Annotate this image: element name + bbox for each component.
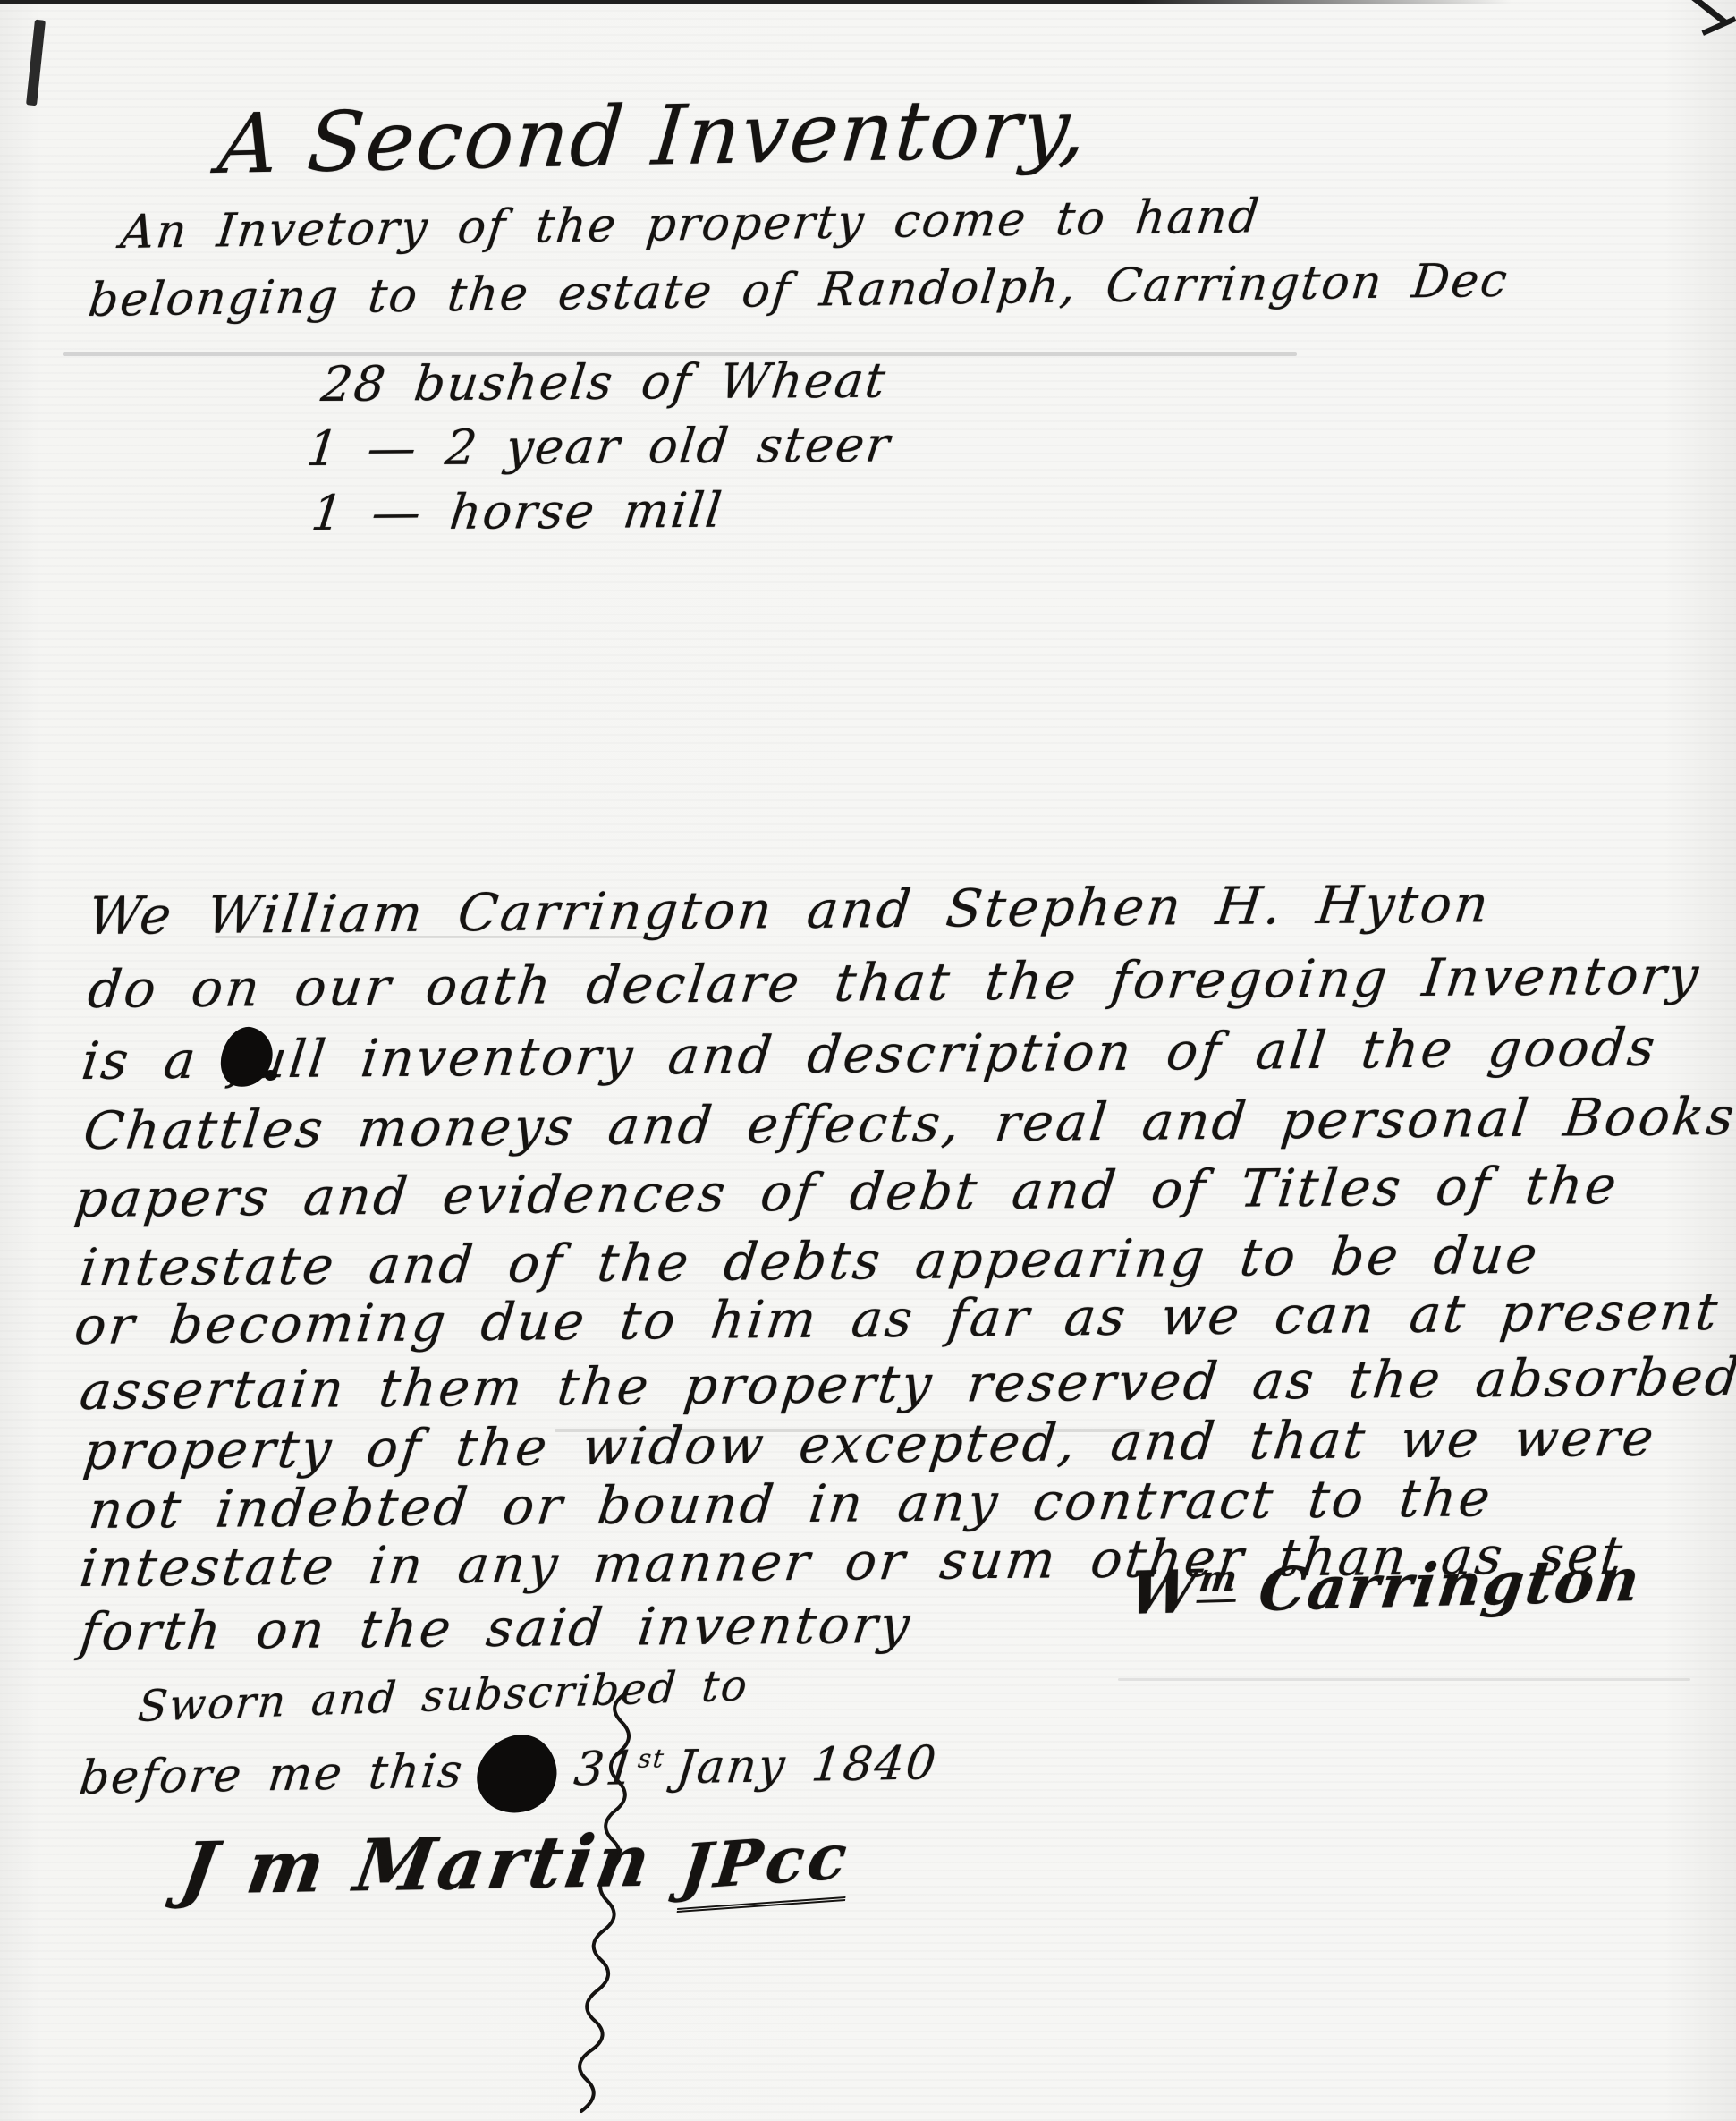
witness-signature-initial: W xyxy=(1125,1557,1202,1628)
page-title: A Second Inventory, xyxy=(215,80,1092,192)
affidavit-line: We William Carrington and Stephen H. Hyt… xyxy=(85,873,1494,946)
attestation-line-2: before me this31st Jany 1840 xyxy=(77,1727,941,1805)
notary-signature: J m MartinJPcc xyxy=(174,1815,857,1917)
affidavit-line: Chattles moneys and effects, real and pe… xyxy=(80,1086,1736,1161)
affidavit-line: is a full inventory and description of a… xyxy=(79,1017,1661,1091)
inventory-intro-line-2: belonging to the estate of Randolph, Car… xyxy=(86,254,1512,327)
scanned-document-page: A Second Inventory, An Invetory of the p… xyxy=(0,0,1736,2121)
inventory-item: 1 — horse mill xyxy=(309,482,726,541)
pen-flourish-line xyxy=(572,1693,653,2121)
attestation-line-2-prefix: before me this xyxy=(77,1744,466,1805)
witness-signature: Wm Carrington xyxy=(1125,1545,1646,1628)
scan-left-edge-mark xyxy=(26,20,46,106)
witness-signature-superscript: m xyxy=(1197,1558,1241,1603)
attestation-line-1: Sworn and subscribed to xyxy=(136,1660,750,1732)
ink-blot-on-date xyxy=(472,1726,562,1822)
inventory-intro-line-1: An Invetory of the property come to hand xyxy=(118,190,1263,259)
affidavit-line: do on our oath declare that the foregoin… xyxy=(85,945,1704,1020)
scan-corner-tear-mark xyxy=(1679,0,1728,25)
attestation-date-rest: Jany 1840 xyxy=(673,1736,940,1794)
inventory-item: 1 — 2 year old steer xyxy=(304,416,894,477)
notary-title: JPcc xyxy=(677,1819,854,1913)
witness-signature-name: Carrington xyxy=(1255,1545,1646,1625)
affidavit-line: papers and evidences of debt and of Titl… xyxy=(72,1155,1622,1229)
scan-top-edge-artifact xyxy=(0,0,1512,4)
inventory-item: 28 bushels of Wheat xyxy=(318,352,890,412)
affidavit-line: forth on the said inventory xyxy=(77,1594,916,1662)
scan-streak xyxy=(1118,1678,1690,1681)
